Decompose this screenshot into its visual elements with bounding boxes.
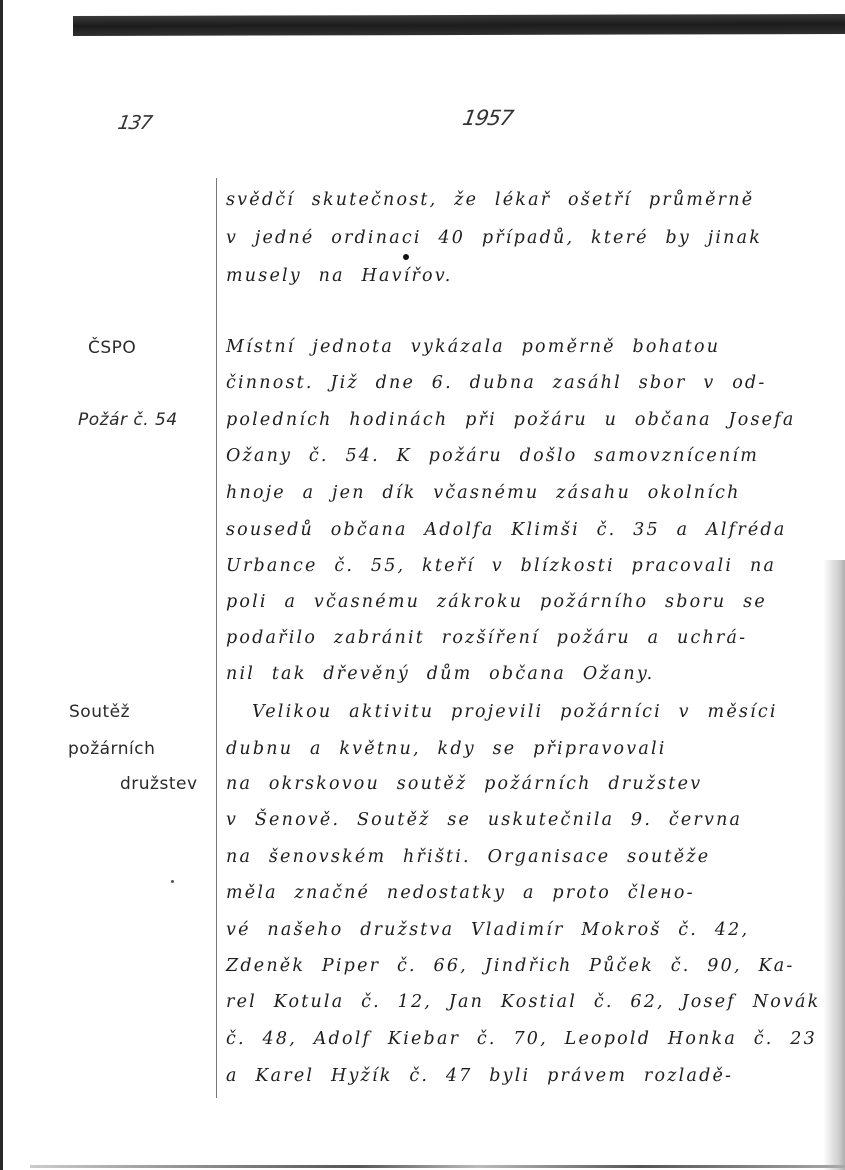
text-line: Urbance č. 55, kteří v blízkosti pracova… [226, 556, 776, 576]
text-line: v jedné ordinaci 40 případů, které by ji… [226, 228, 762, 248]
text-line: na okrskovou soutěž požárních družstev [226, 774, 702, 794]
text-line: na šenovském hřišti. Organisace soutěže [226, 847, 710, 867]
text-line: poli a včasnému zákroku požárního sboru … [226, 592, 767, 612]
text-line: sousedů občana Adolfa Klimši č. 35 a Alf… [226, 520, 786, 540]
text-line: musely na Havířov. [226, 266, 453, 286]
scan-bottom-edge [30, 1165, 845, 1168]
margin-note-contest: Soutěž [69, 702, 130, 722]
text-line: hnoje a jen dík včasnému zásahu okolních [226, 483, 741, 503]
margin-rule-line [216, 178, 217, 1098]
page-number: 137 [116, 112, 153, 134]
text-line: rel Kotula č. 12, Jan Kostial č. 62, Jos… [226, 992, 820, 1012]
text-line: poledních hodinách při požáru u občana J… [226, 410, 796, 430]
text-line: činnost. Již dne 6. dubna zasáhl sbor v … [226, 373, 766, 393]
text-line: a Karel Hyžík č. 47 byli právem rozladě- [226, 1066, 733, 1086]
text-line: dubnu a květnu, kdy se připravovali [226, 739, 667, 759]
scan-right-edge-shading [823, 560, 845, 1170]
text-line: v Šenově. Soutěž se uskutečnila 9. červn… [226, 810, 742, 830]
margin-note-contest: požárních [68, 739, 155, 759]
margin-note-cspo: ČSPO [88, 338, 136, 358]
text-line: svědčí skutečnost, že lékař ošetří průmě… [226, 190, 754, 210]
text-line: Zdeněk Piper č. 66, Jindřich Půček č. 90… [226, 956, 794, 976]
scan-top-shadow-bar [73, 14, 845, 36]
text-line: Velikou aktivitu projevili požárníci v m… [252, 702, 778, 722]
text-line: podařilo zabránit rozšíření požáru a uch… [226, 628, 747, 648]
text-line: č. 48, Adolf Kiebar č. 70, Leopold Honka… [226, 1029, 817, 1049]
margin-note-fire: Požár č. 54 [78, 410, 178, 430]
margin-note-contest: družstev [120, 774, 198, 794]
scan-left-edge [0, 0, 3, 1170]
text-line: Ožany č. 54. K požáru došlo samovznícení… [226, 446, 759, 466]
text-line: vé našeho družstva Vladimír Mokroš č. 42… [226, 920, 749, 940]
scan-speck [171, 880, 174, 883]
ink-blot [403, 254, 409, 260]
page-year-heading: 1957 [461, 106, 515, 130]
text-line: nil tak dřevěný dům občana Ožany. [226, 664, 654, 684]
text-line: Místní jednota vykázala poměrně bohatou [226, 337, 720, 357]
text-line: měla značné nedostatky a proto člено- [226, 883, 695, 903]
